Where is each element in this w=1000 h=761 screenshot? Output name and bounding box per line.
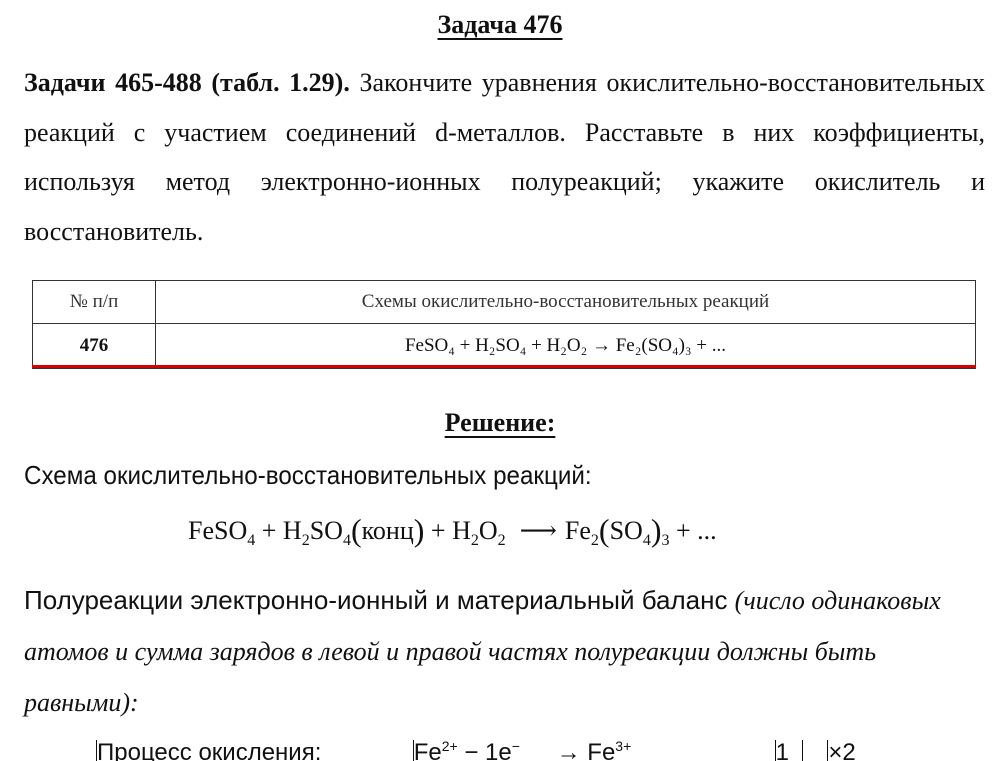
ion-fe3: Fe xyxy=(587,739,615,761)
product-part: SO xyxy=(610,516,643,545)
subscript: 4 xyxy=(343,532,351,549)
concentrated-note: конц xyxy=(362,516,414,545)
task-description: Задачи 465-488 (табл. 1.29). Закончите у… xyxy=(24,58,985,256)
task-range-label: Задачи 465-488 (табл. 1.29). xyxy=(24,68,350,97)
reaction-arrow-icon: ⟶ xyxy=(520,516,557,546)
half-reactions-paragraph: Полуреакции электронно-ионный и материал… xyxy=(24,575,979,728)
reactant-h2so4-part: SO xyxy=(310,516,343,545)
subscript: 2 xyxy=(591,532,599,549)
subscript: 2 xyxy=(471,532,479,549)
multiplier: ×2 xyxy=(828,739,855,761)
table-row: 476 FeSO₄ + H₂SO₄ + H₂O₂ → Fe₂(SO₄)₃ + .… xyxy=(33,324,976,369)
subscript: 2 xyxy=(302,532,310,549)
process-label: Процесс окисления: xyxy=(97,739,321,761)
ion-fe2: Fe xyxy=(414,739,442,761)
row-reaction: FeSO₄ + H₂SO₄ + H₂O₂ → Fe₂(SO₄)₃ + ... xyxy=(156,324,976,369)
paren-close: ) xyxy=(651,512,662,548)
reaction-equation: FeSO4 + H2SO4(конц) + H2O2⟶Fe2(SO4)3 + .… xyxy=(188,512,717,550)
reactant-feso4: FeSO xyxy=(188,516,247,545)
row-number: 476 xyxy=(33,324,156,369)
subscript: 2 xyxy=(498,532,506,549)
product-fe2so43: Fe xyxy=(565,516,591,545)
coefficient: 1 xyxy=(776,739,789,761)
oxidation-process-row: Процесс окисления: Fe2+ − 1e− → Fe3+ 1 ×… xyxy=(96,738,856,761)
reactant-h2o2: H xyxy=(452,516,471,545)
reactions-table: № п/п Схемы окислительно-восстановительн… xyxy=(32,280,976,369)
plus-sign: + xyxy=(255,516,283,545)
task-title: Задача 476 xyxy=(0,10,1000,40)
half-reactions-text: Полуреакции электронно-ионный и материал… xyxy=(24,585,735,615)
paren-close: ) xyxy=(414,512,425,548)
table-header-row: № п/п Схемы окислительно-восстановительн… xyxy=(33,281,976,324)
reactant-h2so4: H xyxy=(283,516,302,545)
row-highlight-line xyxy=(32,365,976,368)
solution-heading: Решение: xyxy=(0,408,1000,438)
scheme-label: Схема окислительно-восстановительных реа… xyxy=(24,460,592,491)
bracket-divider xyxy=(802,740,803,761)
header-number: № п/п xyxy=(33,281,156,324)
plus-sign: + xyxy=(424,516,452,545)
charge: − xyxy=(512,738,520,754)
equation-tail: + ... xyxy=(669,516,716,545)
arrow-icon: → xyxy=(557,739,581,761)
subscript: 4 xyxy=(643,532,651,549)
paren-open: ( xyxy=(599,512,610,548)
charge: 2+ xyxy=(442,738,458,754)
electron-term: − 1e xyxy=(458,739,512,761)
charge: 3+ xyxy=(615,738,631,754)
paren-open: ( xyxy=(351,512,362,548)
header-scheme: Схемы окислительно-восстановительных реа… xyxy=(156,281,976,324)
reactant-h2o2-part: O xyxy=(479,516,498,545)
